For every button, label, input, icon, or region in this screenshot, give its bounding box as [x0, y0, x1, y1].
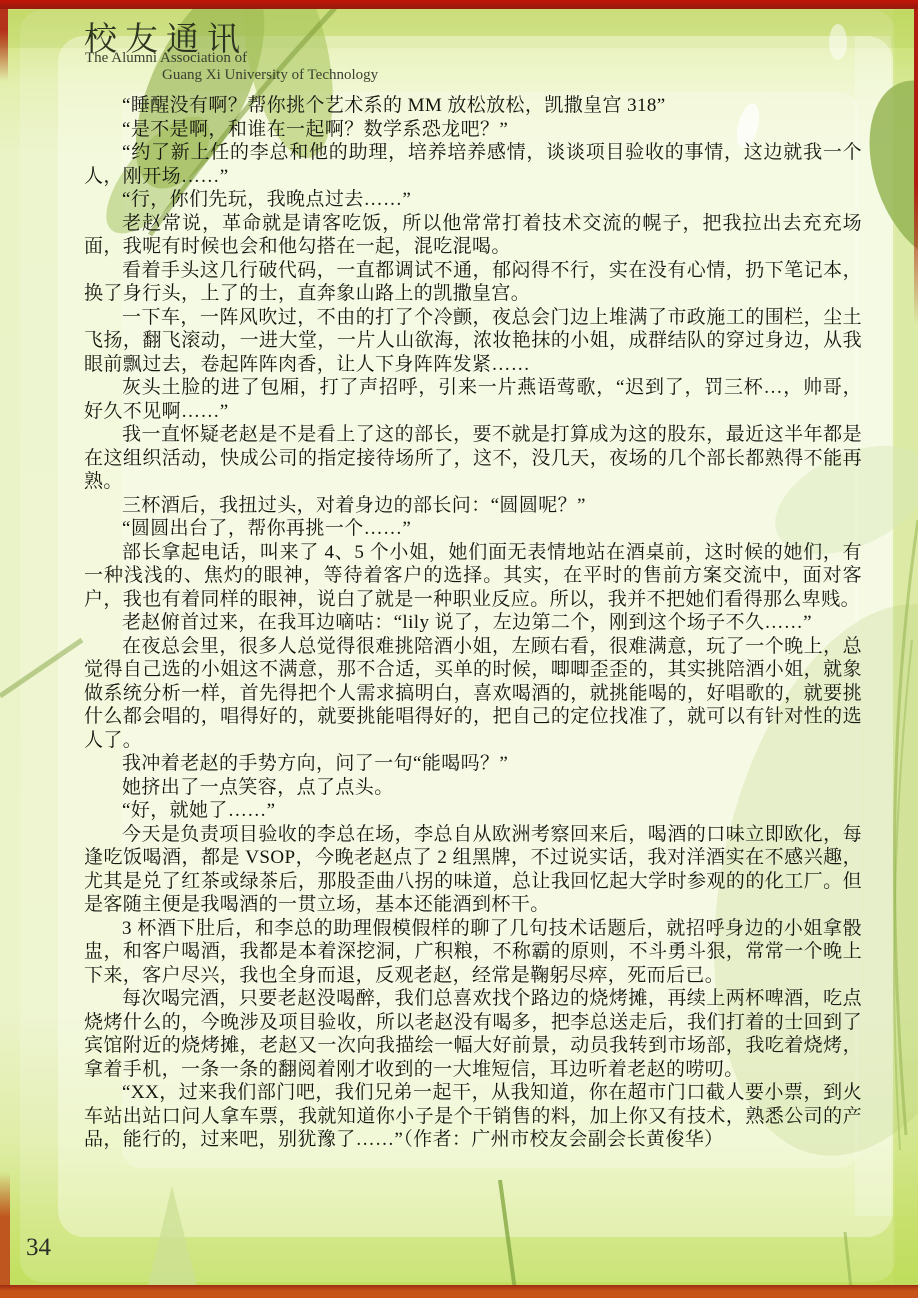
paragraph: “圆圆出台了，帮你再挑一个……” [84, 517, 862, 541]
paragraph: 在夜总会里，很多人总觉得很难挑陪酒小姐，左顾右看，很难满意，玩了一个晚上，总觉得… [84, 635, 862, 753]
paragraph: 部长拿起电话，叫来了 4、5 个小姐，她们面无表情地站在酒桌前，这时候的她们，有… [84, 541, 862, 612]
bottom-border-bar [0, 1285, 918, 1298]
article-body: “睡醒没有啊？帮你挑个艺术系的 MM 放松放松，凯撒皇宫 318” “是不是啊，… [84, 94, 862, 1152]
paragraph: 今天是负责项目验收的李总在场，李总自从欧洲考察回来后，喝酒的口味立即欧化，每逢吃… [84, 823, 862, 917]
newsletter-page: 校友通讯 The Alumni Association of Guang Xi … [0, 0, 918, 1298]
paragraph: “好，就她了……” [84, 799, 862, 823]
right-top-border-accent [914, 9, 918, 324]
paragraph: 3 杯酒下肚后，和李总的助理假模假样的聊了几句技术话题后，就招呼身边的小姐拿骰盅… [84, 917, 862, 988]
paragraph: “是不是啊，和谁在一起啊？数学系恐龙吧？” [84, 118, 862, 142]
newsletter-subtitle-line1: The Alumni Association of [85, 50, 247, 67]
paragraph: 每次喝完酒，只要老赵没喝醉，我们总喜欢找个路边的烧烤摊，再续上两杯啤酒，吃点烧烤… [84, 987, 862, 1081]
paragraph: “约了新上任的李总和他的助理，培养培养感情，谈谈项目验收的事情，这边就我一个人，… [84, 141, 862, 188]
paragraph: 一下车，一阵风吹过，不由的打了个冷颤，夜总会门边上堆满了市政施工的围栏，尘土飞扬… [84, 306, 862, 377]
paragraph: 我冲着老赵的手势方向，问了一句“能喝吗？” [84, 752, 862, 776]
page-number: 34 [26, 1234, 51, 1262]
paragraph: 三杯酒后，我扭过头，对着身边的部长问：“圆圆呢？” [84, 494, 862, 518]
paragraph: 我一直怀疑老赵是不是看上了这的部长，要不就是打算成为这的股东，最近这半年都是在这… [84, 423, 862, 494]
paragraph: 看着手头这几行破代码，一直都调试不通，郁闷得不行，实在没有心情，扔下笔记本，换了… [84, 259, 862, 306]
paragraph: 灰头土脸的进了包厢，打了声招呼，引来一片燕语莺歌，“迟到了，罚三杯…，帅哥，好久… [84, 376, 862, 423]
paragraph: “XX，过来我们部门吧，我们兄弟一起干，从我知道，你在超市门口截人要小票，到火车… [84, 1081, 862, 1152]
paragraph: “睡醒没有啊？帮你挑个艺术系的 MM 放松放松，凯撒皇宫 318” [84, 94, 862, 118]
newsletter-subtitle-line2: Guang Xi University of Technology [162, 67, 378, 84]
top-border-bar [0, 0, 918, 9]
paragraph: 老赵俯首过来，在我耳边嘀咕：“lily 说了，左边第二个，刚到这个场子不久……” [84, 611, 862, 635]
paragraph: 老赵常说，革命就是请客吃饭，所以他常常打着技术交流的幌子，把我拉出去充充场面，我… [84, 212, 862, 259]
left-bottom-border-accent [0, 1172, 10, 1285]
paragraph: 她挤出了一点笑容，点了点头。 [84, 776, 862, 800]
paragraph: “行，你们先玩，我晚点过去……” [84, 188, 862, 212]
left-top-border-accent [0, 9, 8, 81]
